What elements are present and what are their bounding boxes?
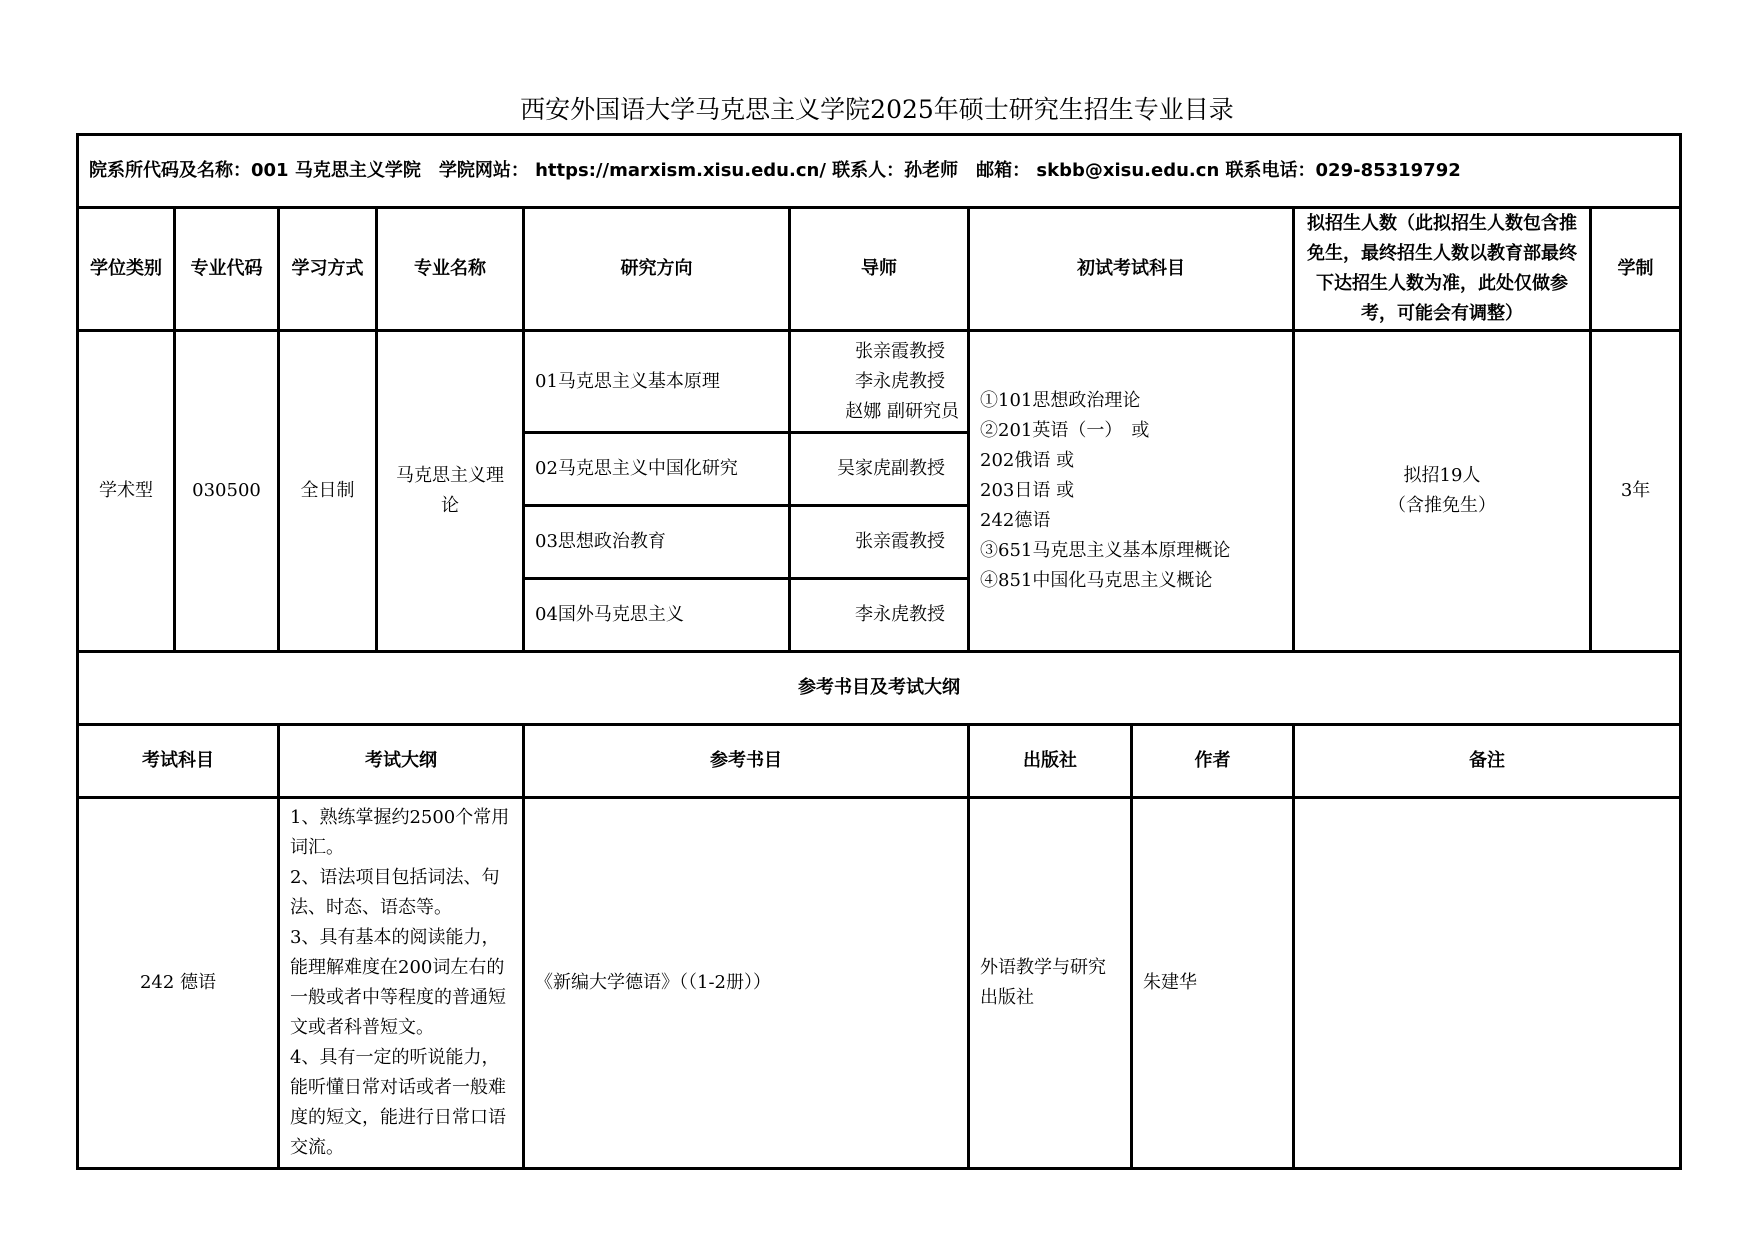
enrollment: 拟招19人 （含推免生） bbox=[1294, 331, 1591, 652]
ref-author: 朱建华 bbox=[1132, 798, 1294, 1169]
duration: 3年 bbox=[1591, 331, 1681, 652]
exam-subject: ②201英语（一） 或 bbox=[980, 416, 1282, 446]
supervisors-1: 张亲霞教授 李永虎教授 赵娜 副研究员 bbox=[790, 331, 969, 433]
header-degree-type: 学位类别 bbox=[78, 208, 175, 331]
page-title: 西安外国语大学马克思主义学院2025年硕士研究生招生专业目录 bbox=[0, 90, 1754, 126]
ref-remarks bbox=[1294, 798, 1681, 1169]
header-books: 参考书目 bbox=[524, 725, 969, 798]
enrollment-count: 拟招19人 bbox=[1305, 461, 1579, 491]
outline-item: 4、具有一定的听说能力，能听懂日常对话或者一般难度的短文，能进行日常口语交流。 bbox=[290, 1043, 512, 1163]
supervisor: 张亲霞教授 bbox=[801, 337, 945, 367]
ref-books: 《新编大学德语》（（1-2册）） bbox=[524, 798, 969, 1169]
supervisors-2: 吴家虎副教授 bbox=[790, 433, 969, 506]
ref-outline: 1、熟练掌握约2500个常用词汇。 2、语法项目包括词法、句法、时态、语态等。 … bbox=[279, 798, 524, 1169]
reference-section-title: 参考书目及考试大纲 bbox=[78, 652, 1681, 725]
direction-2: 02马克思主义中国化研究 bbox=[524, 433, 790, 506]
direction-1: 01马克思主义基本原理 bbox=[524, 331, 790, 433]
outline-item: 1、熟练掌握约2500个常用词汇。 bbox=[290, 803, 512, 863]
direction-4: 04国外马克思主义 bbox=[524, 579, 790, 652]
header-supervisor: 导师 bbox=[790, 208, 969, 331]
exam-subject: 203日语 或 bbox=[980, 476, 1282, 506]
exam-subject: 202俄语 或 bbox=[980, 446, 1282, 476]
direction-3: 03思想政治教育 bbox=[524, 506, 790, 579]
header-duration: 学制 bbox=[1591, 208, 1681, 331]
study-mode: 全日制 bbox=[279, 331, 377, 652]
supervisor: 赵娜 副研究员 bbox=[801, 397, 959, 427]
supervisor: 李永虎教授 bbox=[801, 367, 945, 397]
header-exam-subjects: 初试考试科目 bbox=[969, 208, 1294, 331]
exam-subject: 242德语 bbox=[980, 506, 1282, 536]
exam-subject: ④851中国化马克思主义概论 bbox=[980, 566, 1282, 596]
supervisors-4: 李永虎教授 bbox=[790, 579, 969, 652]
major-name: 马克思主义理论 bbox=[377, 331, 524, 652]
enrollment-note: （含推免生） bbox=[1305, 491, 1579, 521]
ref-subject: 242 德语 bbox=[78, 798, 279, 1169]
ref-publisher: 外语教学与研究出版社 bbox=[969, 798, 1132, 1169]
header-subject: 考试科目 bbox=[78, 725, 279, 798]
degree-type: 学术型 bbox=[78, 331, 175, 652]
header-author: 作者 bbox=[1132, 725, 1294, 798]
outline-item: 2、语法项目包括词法、句法、时态、语态等。 bbox=[290, 863, 512, 923]
exam-subject: ③651马克思主义基本原理概论 bbox=[980, 536, 1282, 566]
header-study-mode: 学习方式 bbox=[279, 208, 377, 331]
header-publisher: 出版社 bbox=[969, 725, 1132, 798]
exam-subjects: ①101思想政治理论 ②201英语（一） 或 202俄语 或 203日语 或 2… bbox=[969, 331, 1294, 652]
major-code: 030500 bbox=[175, 331, 279, 652]
header-major-code: 专业代码 bbox=[175, 208, 279, 331]
header-research-direction: 研究方向 bbox=[524, 208, 790, 331]
header-outline: 考试大纲 bbox=[279, 725, 524, 798]
header-major-name: 专业名称 bbox=[377, 208, 524, 331]
department-info: 院系所代码及名称：001 马克思主义学院 学院网站： https://marxi… bbox=[78, 135, 1681, 208]
outline-item: 3、具有基本的阅读能力，能理解难度在200词左右的一般或者中等程度的普通短文或者… bbox=[290, 923, 512, 1043]
header-enrollment: 拟招生人数（此拟招生人数包含推免生，最终招生人数以教育部最终下达招生人数为准，此… bbox=[1294, 208, 1591, 331]
exam-subject: ①101思想政治理论 bbox=[980, 386, 1282, 416]
header-remarks: 备注 bbox=[1294, 725, 1681, 798]
supervisors-3: 张亲霞教授 bbox=[790, 506, 969, 579]
catalog-table: 院系所代码及名称：001 马克思主义学院 学院网站： https://marxi… bbox=[76, 133, 1682, 1170]
